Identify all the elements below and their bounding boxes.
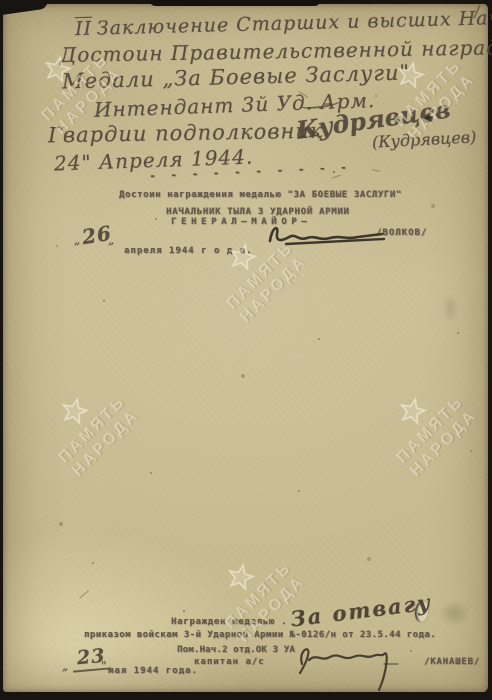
typed-position-line: НАЧАЛЬНИК ТЫЛА 3 УДАРНОЙ АРМИИ — [166, 208, 350, 217]
paper-speckles — [155, 218, 157, 220]
typed-verdict-line: Достоин награждения медалью "ЗА БОЕВЫЕ З… — [119, 191, 402, 200]
typed-order-line: приказом войскам 3-й Ударной Армии №-012… — [84, 631, 436, 640]
typed-officer-rank: капитан а/с — [194, 658, 265, 667]
bottom-quote-close: " — [101, 660, 108, 672]
bottom-quote-open: „ — [62, 660, 69, 672]
day-quote-open: „ — [74, 234, 81, 246]
item-number: II — [75, 18, 93, 40]
typed-bottom-date: мая 1944 года. — [108, 667, 198, 676]
smudge-stain — [443, 294, 458, 322]
typed-date-line: апреля 1944 г о д а. — [124, 247, 252, 256]
typed-officer-position: Пом.Нач.2 отд.ОК 3 УА — [177, 646, 295, 655]
kanashev-signature — [292, 640, 402, 695]
volkov-signature — [262, 220, 392, 250]
scan-edge-shadow — [150, 0, 320, 6]
archival-document-scan: II Заключение Старших и высших Нач-ков Д… — [0, 0, 492, 700]
green-stain — [439, 601, 470, 626]
handwritten-line-5: Гвардии подполковник — [48, 121, 324, 147]
typed-awarded-line: Награжден медалью . — [171, 618, 287, 627]
day-quote-close: „ — [108, 234, 115, 246]
kanashev-signature-name: /КАНАШЕВ/ — [424, 658, 480, 667]
